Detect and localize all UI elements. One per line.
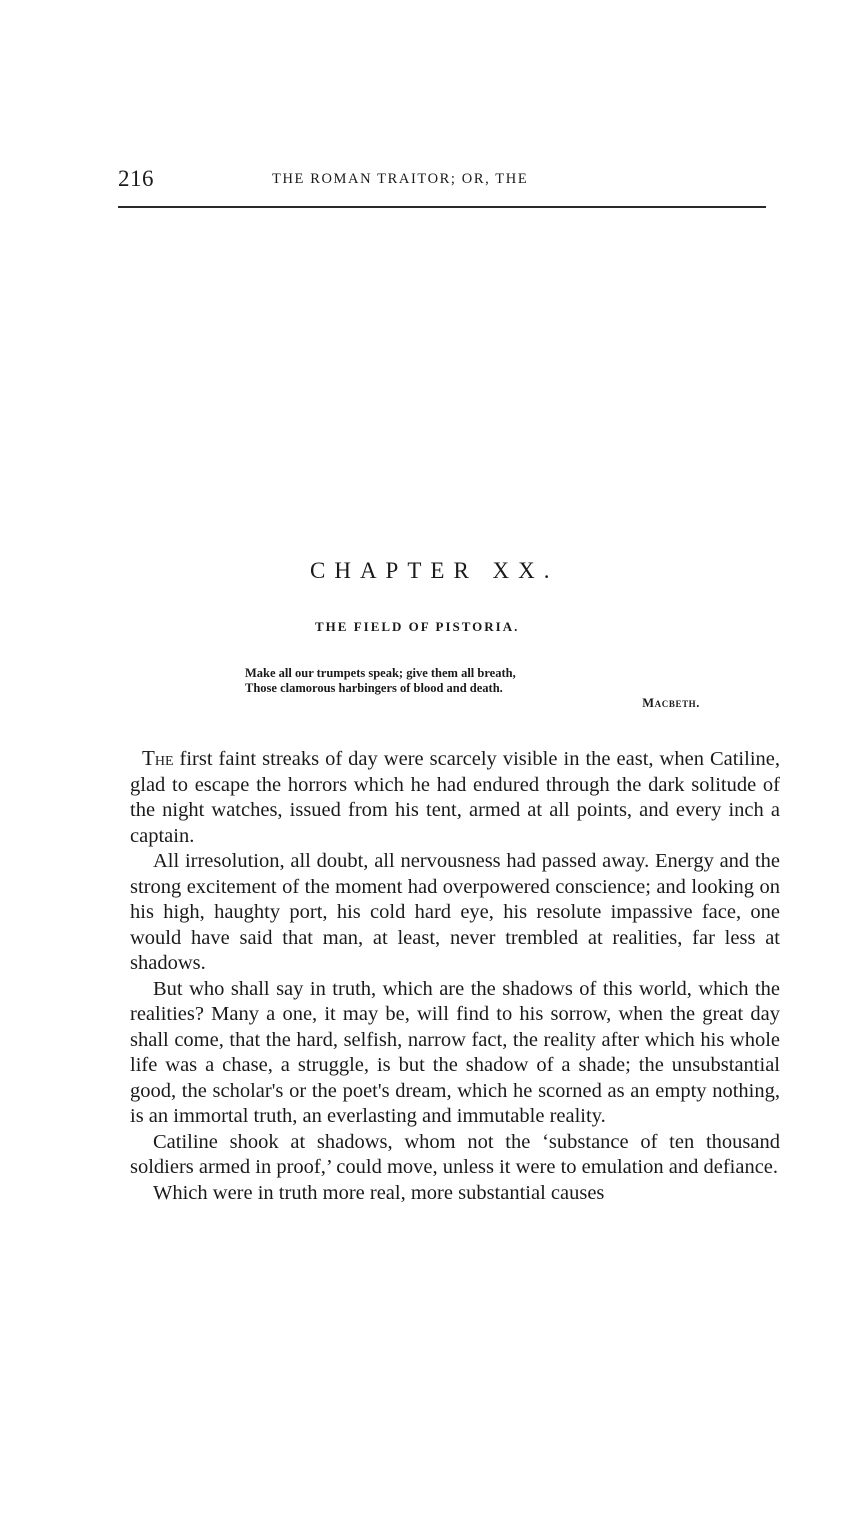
- running-title: THE ROMAN TRAITOR; OR, THE: [272, 171, 528, 188]
- chapter-title: CHAPTER XX.: [310, 558, 559, 584]
- epigraph: Make all our trumpets speak; give them a…: [245, 666, 700, 711]
- epigraph-line: Make all our trumpets speak; give them a…: [245, 666, 700, 681]
- paragraph: Which were in truth more real, more subs…: [130, 1181, 780, 1207]
- paragraph: The first faint streaks of day were scar…: [130, 746, 780, 849]
- initial-smallcaps: he: [155, 748, 174, 770]
- chapter-subtitle: THE FIELD OF PISTORIA.: [315, 619, 519, 635]
- page-number: 216: [118, 166, 154, 192]
- body-text: The first faint streaks of day were scar…: [130, 746, 780, 1206]
- paragraph: All irresolution, all doubt, all nervous…: [130, 849, 780, 977]
- header-rule: [118, 206, 766, 208]
- paragraph: Catiline shook at shadows, whom not the …: [130, 1130, 780, 1181]
- epigraph-line: Those clamorous harbingers of blood and …: [245, 681, 700, 696]
- paragraph-text: first faint streaks of day were scarcely…: [130, 748, 780, 847]
- initial-letter: T: [142, 746, 155, 770]
- running-head: 216 THE ROMAN TRAITOR; OR, THE: [118, 166, 766, 196]
- paragraph: But who shall say in truth, which are th…: [130, 977, 780, 1130]
- epigraph-attribution: Macbeth.: [245, 696, 700, 711]
